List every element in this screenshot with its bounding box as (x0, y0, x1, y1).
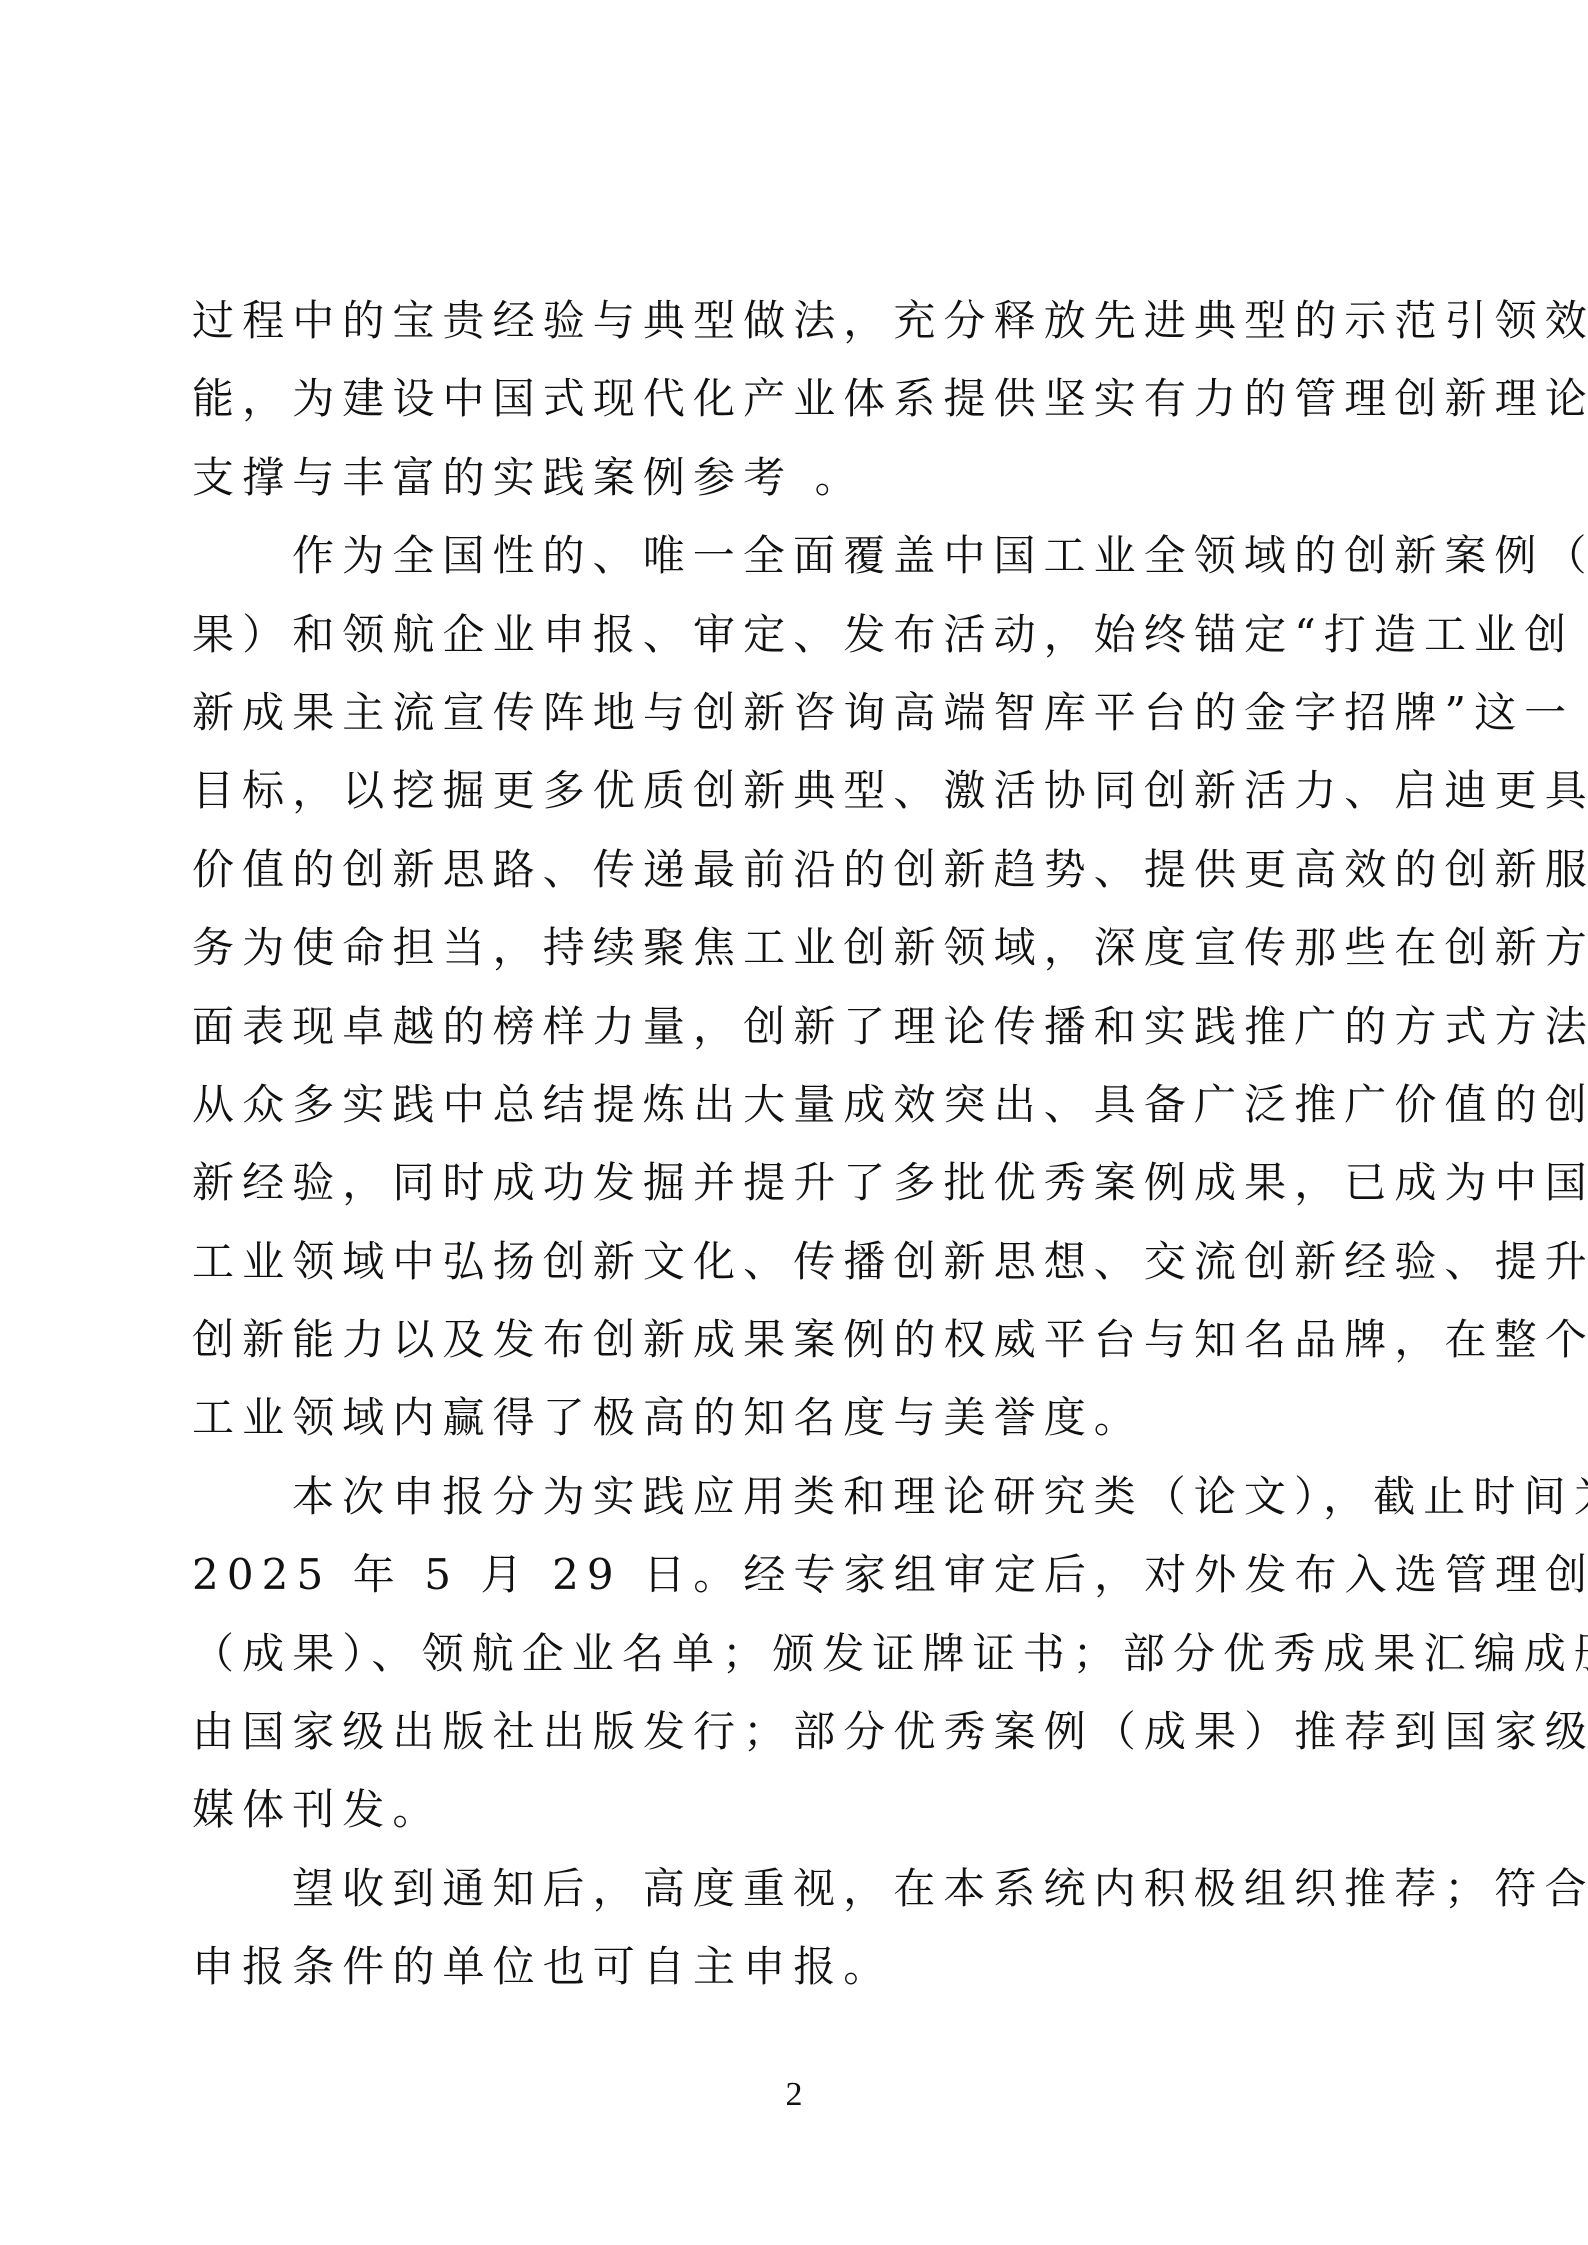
paragraph-4: 望收到通知后，高度重视，在本系统内积极组织推荐；符合 申报条件的单位也可自主申报… (192, 1850, 1402, 2007)
text-line: 新经验，同时成功发掘并提升了多批优秀案例成果，已成为中国 (192, 1144, 1402, 1222)
page-number: 2 (0, 2075, 1588, 2115)
text-line: 工业领域内赢得了极高的知名度与美誉度。 (192, 1379, 1402, 1457)
text-line: 创新能力以及发布创新成果案例的权威平台与知名品牌，在整个 (192, 1301, 1402, 1379)
text-line: 从众多实践中总结提炼出大量成效突出、具备广泛推广价值的创 (192, 1066, 1402, 1144)
text-line: 果）和领航企业申报、审定、发布活动，始终锚定“打造工业创 (192, 596, 1402, 674)
body-text: 过程中的宝贵经验与典型做法，充分释放先进典型的示范引领效 能，为建设中国式现代化… (192, 282, 1402, 2007)
text-line: 本次申报分为实践应用类和理论研究类（论文），截止时间为 (192, 1458, 1402, 1536)
text-line: 面表现卓越的榜样力量，创新了理论传播和实践推广的方式方法， (192, 988, 1402, 1066)
text-line: 务为使命担当，持续聚焦工业创新领域，深度宣传那些在创新方 (192, 909, 1402, 987)
text-line: 由国家级出版社出版发行；部分优秀案例（成果）推荐到国家级 (192, 1693, 1402, 1771)
paragraph-2: 作为全国性的、唯一全面覆盖中国工业全领域的创新案例（成 果）和领航企业申报、审定… (192, 517, 1402, 1458)
text-line: 目标，以挖掘更多优质创新典型、激活协同创新活力、启迪更具 (192, 752, 1402, 830)
paragraph-1: 过程中的宝贵经验与典型做法，充分释放先进典型的示范引领效 能，为建设中国式现代化… (192, 282, 1402, 517)
text-line: 能，为建设中国式现代化产业体系提供坚实有力的管理创新理论 (192, 360, 1402, 438)
text-line: （成果）、领航企业名单；颁发证牌证书；部分优秀成果汇编成册 (192, 1615, 1402, 1693)
text-line: 2025 年 5 月 29 日。经专家组审定后，对外发布入选管理创新案例 (192, 1536, 1402, 1614)
text-line: 工业领域中弘扬创新文化、传播创新思想、交流创新经验、提升 (192, 1223, 1402, 1301)
text-line: 支撑与丰富的实践案例参考 。 (192, 439, 1402, 517)
text-line: 媒体刊发。 (192, 1771, 1402, 1849)
text-line: 望收到通知后，高度重视，在本系统内积极组织推荐；符合 (192, 1850, 1402, 1928)
text-line: 新成果主流宣传阵地与创新咨询高端智库平台的金字招牌”这一 (192, 674, 1402, 752)
text-line: 过程中的宝贵经验与典型做法，充分释放先进典型的示范引领效 (192, 282, 1402, 360)
text-line: 价值的创新思路、传递最前沿的创新趋势、提供更高效的创新服 (192, 831, 1402, 909)
text-line: 申报条件的单位也可自主申报。 (192, 1928, 1402, 2006)
paragraph-3: 本次申报分为实践应用类和理论研究类（论文），截止时间为 2025 年 5 月 2… (192, 1458, 1402, 1850)
document-page: 过程中的宝贵经验与典型做法，充分释放先进典型的示范引领效 能，为建设中国式现代化… (0, 0, 1588, 2245)
text-line: 作为全国性的、唯一全面覆盖中国工业全领域的创新案例（成 (192, 517, 1402, 595)
